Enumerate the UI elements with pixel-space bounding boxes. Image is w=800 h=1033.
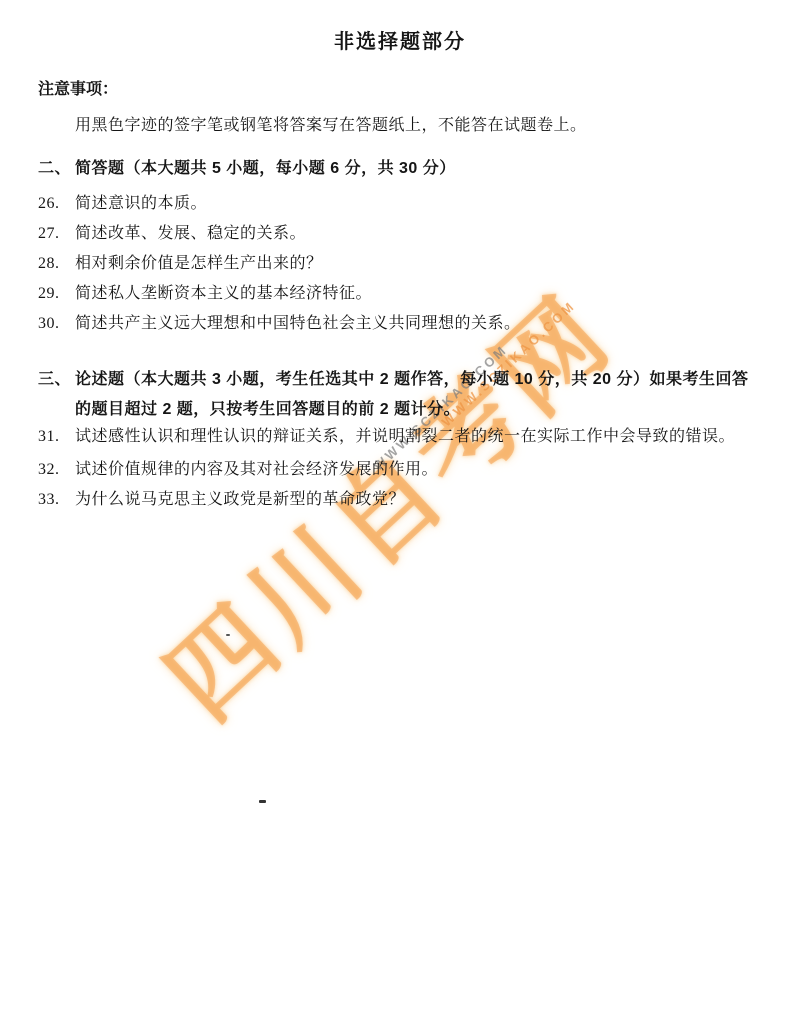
question-text: 简述私人垄断资本主义的基本经济特征。 xyxy=(75,279,762,309)
notice-heading: 注意事项： xyxy=(38,78,762,102)
section-heading-3: 三、 论述题（本大题共 3 小题，考生任选其中 2 题作答，每小题 10 分，共… xyxy=(38,365,762,425)
document-content: 非选择题部分 注意事项： 用黑色字迹的签字笔或钢笔将答案写在答题纸上，不能答在试… xyxy=(0,28,800,515)
question-number: 27. xyxy=(38,219,75,249)
question-text: 相对剩余价值是怎样生产出来的？ xyxy=(75,249,762,279)
question-row-33: 33. 为什么说马克思主义政党是新型的革命政党？ xyxy=(38,485,762,515)
question-text: 简述意识的本质。 xyxy=(75,189,762,219)
question-row-29: 29. 简述私人垄断资本主义的基本经济特征。 xyxy=(38,279,762,309)
question-row-32: 32. 试述价值规律的内容及其对社会经济发展的作用。 xyxy=(38,455,762,485)
question-text: 试述感性认识和理性认识的辩证关系，并说明割裂二者的统一在实际工作中会导致的错误。 xyxy=(75,422,762,452)
question-text: 试述价值规律的内容及其对社会经济发展的作用。 xyxy=(75,455,762,485)
scan-artifact-speck xyxy=(259,800,266,803)
question-row-28: 28. 相对剩余价值是怎样生产出来的？ xyxy=(38,249,762,279)
question-text: 简述共产主义远大理想和中国特色社会主义共同理想的关系。 xyxy=(75,309,762,339)
question-text: 为什么说马克思主义政党是新型的革命政党？ xyxy=(75,485,762,515)
question-text: 简述改革、发展、稳定的关系。 xyxy=(75,219,762,249)
question-number: 28. xyxy=(38,249,75,279)
scan-artifact-speck xyxy=(226,634,230,636)
section-prefix: 二、 xyxy=(38,154,75,184)
question-row-30: 30. 简述共产主义远大理想和中国特色社会主义共同理想的关系。 xyxy=(38,309,762,339)
section-prefix: 三、 xyxy=(38,365,75,425)
question-number: 26. xyxy=(38,189,75,219)
exam-paper-page: 四川自考网 WWW.SCZIKAO.COM WWW.SCZIKAO.COM 非选… xyxy=(0,0,800,1033)
question-number: 29. xyxy=(38,279,75,309)
question-number: 31. xyxy=(38,422,75,452)
question-number: 30. xyxy=(38,309,75,339)
question-row-31: 31. 试述感性认识和理性认识的辩证关系，并说明割裂二者的统一在实际工作中会导致… xyxy=(38,422,762,452)
question-row-26: 26. 简述意识的本质。 xyxy=(38,189,762,219)
question-row-27: 27. 简述改革、发展、稳定的关系。 xyxy=(38,219,762,249)
page-title: 非选择题部分 xyxy=(38,28,762,56)
section-heading-text: 简答题（本大题共 5 小题，每小题 6 分，共 30 分） xyxy=(75,154,762,184)
question-number: 32. xyxy=(38,455,75,485)
notice-text: 用黑色字迹的签字笔或钢笔将答案写在答题纸上，不能答在试题卷上。 xyxy=(38,114,762,138)
section-heading-2: 二、 简答题（本大题共 5 小题，每小题 6 分，共 30 分） xyxy=(38,154,762,184)
question-number: 33. xyxy=(38,485,75,515)
section-heading-text: 论述题（本大题共 3 小题，考生任选其中 2 题作答，每小题 10 分，共 20… xyxy=(75,365,762,425)
